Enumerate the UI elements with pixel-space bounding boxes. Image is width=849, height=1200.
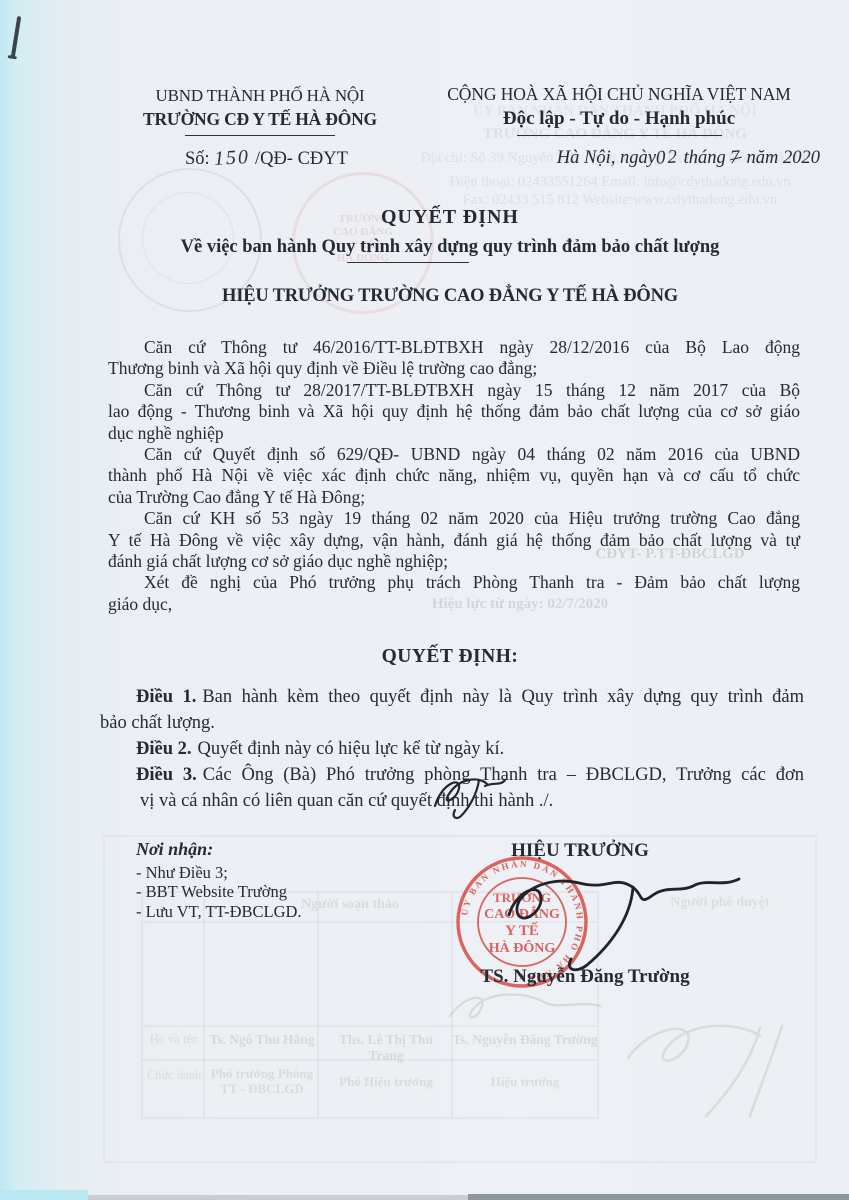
- ghost-contact-line: Điện thoại: 02433551264 Email: info@cdyt…: [420, 174, 820, 191]
- recipient-item: - Như Điều 3;: [136, 863, 302, 883]
- scanned-decision-document: ỦY BAN NHÂN DÂN THÀNH PHỐ HÀ NỘI TRƯỜNG …: [0, 0, 849, 1200]
- document-subject: Về việc ban hành Quy trình xây dựng quy …: [50, 237, 849, 258]
- handwritten-signature: [495, 853, 760, 978]
- ghost-title-cell: Phó trưởng Phòng TT - ĐBCLGD: [206, 1066, 318, 1096]
- preamble-line: đánh giá chất lượng cơ sở giáo dục nghề …: [108, 551, 800, 572]
- decision-heading: QUYẾT ĐỊNH:: [50, 646, 849, 668]
- national-title: CỘNG HOÀ XÃ HỘI CHỦ NGHĨA VIỆT NAM: [420, 84, 818, 105]
- place-date-line: Hà Nội, ngày02 tháng 7 năm 2020: [470, 147, 820, 169]
- article-1-label: Điều 1.: [136, 687, 196, 707]
- national-motto: Độc lập - Tự do - Hạnh phúc: [420, 108, 818, 130]
- preamble-line: lao động - Thương binh và Xã hội quy địn…: [108, 401, 800, 422]
- preamble-line: của Trường Cao đẳng Y tế Hà Đông;: [108, 487, 800, 508]
- preamble-line: giáo dục,: [108, 594, 800, 615]
- handwritten-day: 02: [655, 146, 679, 169]
- article-3-label: Điều 3.: [136, 765, 197, 785]
- preamble-line: thành phố Hà Nội về việc xác định chức n…: [108, 465, 800, 486]
- org-name: TRƯỜNG CĐ Y TẾ HÀ ĐÔNG: [110, 109, 410, 130]
- ghost-row-label-title: Chức danh: [144, 1068, 204, 1083]
- recipient-item: - BBT Website Trường: [136, 882, 302, 902]
- preamble-line: Căn cứ KH số 53 ngày 19 tháng 02 năm 202…: [108, 508, 800, 529]
- scan-edge-bottom-dark: [468, 1194, 849, 1200]
- preamble-line: Căn cứ Quyết định số 629/QĐ- UBND ngày 0…: [108, 444, 800, 465]
- document-number-line: Số: 150 /QĐ- CĐYT: [185, 147, 348, 170]
- ghost-row-label-name: Họ và tên: [144, 1032, 204, 1047]
- handwritten-initial: [425, 768, 510, 820]
- ghost-title-cell: Phó Hiệu trưởng: [320, 1074, 452, 1090]
- article-1-text: Ban hành kèm theo quyết định này là Quy …: [202, 687, 804, 707]
- scan-edge-bottom-light: [88, 1195, 468, 1200]
- preamble-line: dục nghề nghiệp: [108, 423, 800, 444]
- ghost-signature-large: [610, 1008, 820, 1123]
- preamble-block: Căn cứ Thông tư 46/2016/TT-BLĐTBXH ngày …: [108, 337, 800, 615]
- recipients-label: Nơi nhận:: [136, 840, 302, 860]
- ghost-col-header-author: Người soạn thảo: [290, 897, 410, 913]
- signer-name: TS. Nguyễn Đăng Trường: [425, 966, 745, 988]
- preamble-line: Thương binh và Xã hội quy định về Điều l…: [108, 358, 800, 379]
- recipient-item: - Lưu VT, TT-ĐBCLGD.: [136, 902, 302, 922]
- date-prefix: Hà Nội, ngày: [557, 148, 656, 168]
- handwritten-month: 7: [730, 147, 743, 170]
- article-2-line: Điều 2.Quyết định này có hiệu lực kể từ …: [100, 736, 804, 762]
- date-suffix: năm 2020: [747, 148, 821, 168]
- pen-mark: [11, 16, 21, 58]
- issuing-org-block: UBND THÀNH PHỐ HÀ NỘI TRƯỜNG CĐ Y TẾ HÀ …: [110, 86, 410, 136]
- preamble-line: Căn cứ Thông tư 28/2017/TT-BLĐTBXH ngày …: [108, 380, 800, 401]
- subject-underline: [347, 262, 469, 263]
- doc-no-suffix: /QĐ- CĐYT: [255, 149, 348, 169]
- handwritten-doc-number: 150: [214, 146, 251, 171]
- org-underline: [185, 135, 335, 136]
- article-1-line: Điều 1.Ban hành kèm theo quyết định này …: [100, 684, 804, 710]
- doc-no-label: Số:: [185, 149, 210, 169]
- national-motto-block: CỘNG HOÀ XÃ HỘI CHỦ NGHĨA VIỆT NAM Độc l…: [420, 84, 818, 136]
- motto-underline: [517, 135, 722, 136]
- article-2-text: Quyết định này có hiệu lực kể từ ngày kí…: [198, 739, 505, 759]
- date-thang: tháng: [684, 148, 726, 168]
- document-type-title: QUYẾT ĐỊNH: [50, 206, 849, 229]
- org-parent: UBND THÀNH PHỐ HÀ NỘI: [110, 86, 410, 106]
- ghost-name-cell: Ths. Lê Thị Thu Trang: [320, 1032, 452, 1064]
- article-1-line: bảo chất lượng.: [100, 710, 804, 736]
- issuing-authority: HIỆU TRƯỞNG TRƯỜNG CAO ĐẲNG Y TẾ HÀ ĐÔNG: [50, 286, 849, 307]
- ghost-name-cell: Ts. Nguyễn Đăng Trường: [452, 1032, 598, 1048]
- ghost-name-cell: Ts. Ngô Thu Hằng: [206, 1032, 318, 1048]
- preamble-line: Y tế Hà Đông về việc xây dựng, vận hành,…: [108, 530, 800, 551]
- preamble-line: Căn cứ Thông tư 46/2016/TT-BLĐTBXH ngày …: [108, 337, 800, 358]
- preamble-line: Xét đề nghị của Phó trưởng phụ trách Phò…: [108, 572, 800, 593]
- scan-corner-cyan: [0, 1190, 88, 1200]
- ghost-title-cell: Hiệu trưởng: [452, 1074, 598, 1090]
- article-2-label: Điều 2.: [136, 739, 192, 759]
- recipients-block: Nơi nhận: - Như Điều 3; - BBT Website Tr…: [136, 840, 302, 921]
